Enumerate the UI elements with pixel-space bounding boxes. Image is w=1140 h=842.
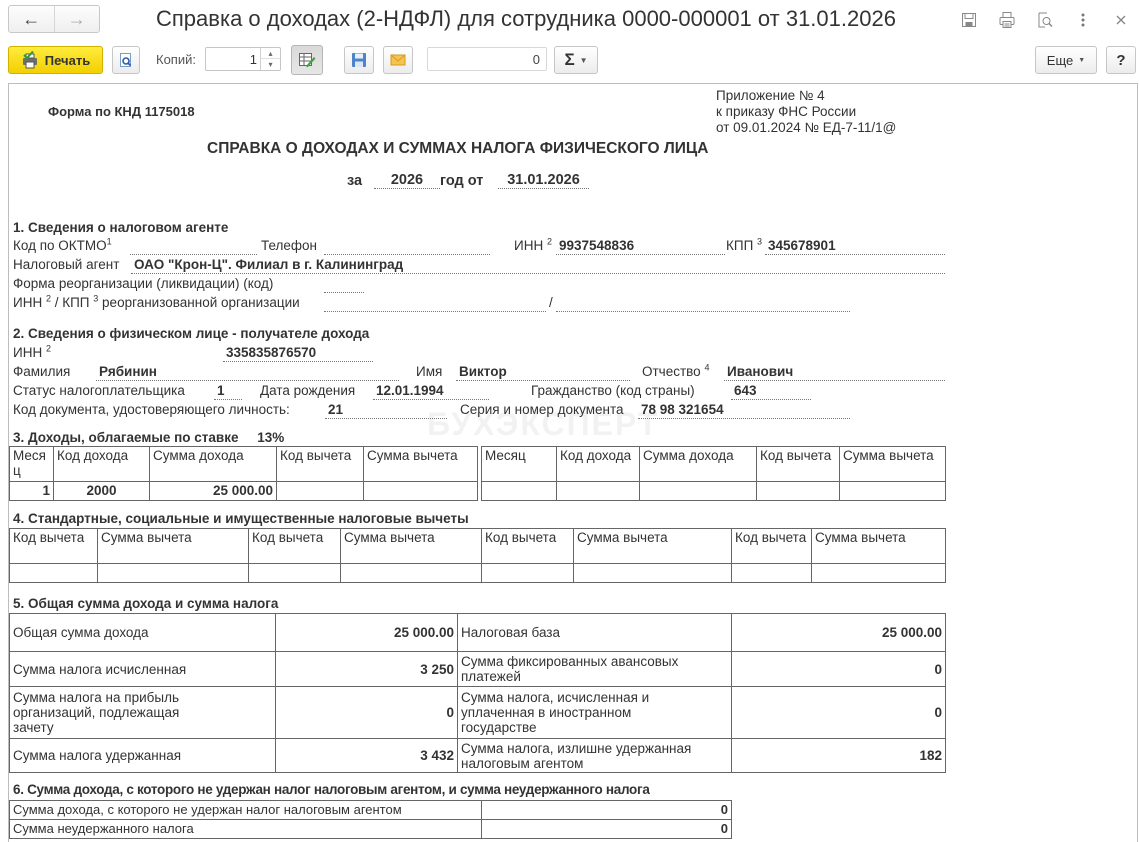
send-email-button[interactable] <box>383 46 413 74</box>
header-deduction-code: Код вычета <box>757 447 840 482</box>
person-inn-label: ИНН 2 <box>13 345 51 360</box>
envelope-icon <box>390 53 406 67</box>
cell-income-code[interactable] <box>557 482 640 501</box>
preview-window-button[interactable] <box>1026 8 1064 32</box>
document-magnifier-icon <box>118 52 134 68</box>
sum-field[interactable] <box>427 47 547 71</box>
copies-label: Копий: <box>156 52 196 67</box>
total-income-value[interactable]: 25 000.00 <box>276 614 458 652</box>
print-window-button[interactable] <box>988 8 1026 32</box>
income-table-right: Месяц Код дохода Сумма дохода Код вычета… <box>481 446 946 501</box>
chevron-down-icon: ▼ <box>580 56 588 65</box>
header-deduction-code: Код вычета <box>482 529 574 564</box>
appendix-line-2: к приказу ФНС России <box>716 104 856 119</box>
table-row: 1 2000 25 000.00 <box>10 482 478 501</box>
back-button[interactable]: ← <box>9 6 55 32</box>
section3-title: 3. Доходы, облагаемые по ставке 13% <box>13 430 284 445</box>
spin-up-icon[interactable]: ▴ <box>261 48 280 59</box>
reorg-separator: / <box>549 295 553 310</box>
chevron-down-icon: ▼ <box>1078 57 1085 64</box>
patronymic-field[interactable]: Иванович <box>724 364 945 381</box>
status-label: Статус налогоплательщика <box>13 383 185 398</box>
surname-field[interactable]: Рябинин <box>96 364 399 381</box>
header-income-code: Код дохода <box>557 447 640 482</box>
cell-deduction-amount[interactable] <box>574 564 732 583</box>
cell-income-amount[interactable] <box>640 482 757 501</box>
income-table-left: Меся ц Код дохода Сумма дохода Код вычет… <box>9 446 478 501</box>
totals-table: Общая сумма дохода 25 000.00 Налоговая б… <box>9 613 946 773</box>
id-doc-code-label: Код документа, удостоверяющего личность: <box>13 402 290 417</box>
vertical-dots-icon <box>1080 12 1086 28</box>
fixed-advance-label: Сумма фиксированных авансовых платежей <box>458 652 732 687</box>
birth-date-field[interactable]: 12.01.1994 <box>373 383 489 400</box>
table-row: Сумма налога на прибыль организаций, под… <box>10 687 946 739</box>
person-inn-field[interactable]: 335835876570 <box>223 345 373 362</box>
header-deduction-amount: Сумма вычета <box>574 529 732 564</box>
profit-tax-credit-value[interactable]: 0 <box>276 687 458 739</box>
header-deduction-code: Код вычета <box>249 529 341 564</box>
section6-title: 6. Сумма дохода, с которого не удержан н… <box>13 782 650 797</box>
reorg-inn-field[interactable] <box>324 295 546 312</box>
agent-inn-field[interactable]: 9937548836 <box>556 238 725 255</box>
patronymic-label: Отчество 4 <box>642 364 709 379</box>
table-row <box>482 482 946 501</box>
header-deduction-amount: Сумма вычета <box>812 529 946 564</box>
header-deduction-amount: Сумма вычета <box>341 529 482 564</box>
table-row: Сумма дохода, с которого не удержан нало… <box>10 801 732 820</box>
table-row: Сумма неудержанного налога 0 <box>10 820 732 839</box>
tax-overwithheld-label: Сумма налога, излишне удержанная налогов… <box>458 739 732 773</box>
header-income-code: Код дохода <box>54 447 150 482</box>
reorg-kpp-field[interactable] <box>556 295 850 312</box>
section1-title: 1. Сведения о налоговом агенте <box>13 220 228 235</box>
print-preview-button[interactable] <box>112 46 140 74</box>
tax-calculated-label: Сумма налога исчисленная <box>10 652 276 687</box>
table-row: Сумма налога исчисленная 3 250 Сумма фик… <box>10 652 946 687</box>
tax-base-value[interactable]: 25 000.00 <box>732 614 946 652</box>
oktmo-label: Код по ОКТМО1 <box>13 238 112 253</box>
cell-deduction-code[interactable] <box>10 564 98 583</box>
more-actions-button[interactable] <box>1064 8 1102 32</box>
profit-tax-credit-label: Сумма налога на прибыль организаций, под… <box>10 687 276 739</box>
header-deduction-amount: Сумма вычета <box>840 447 946 482</box>
cell-deduction-code[interactable] <box>757 482 840 501</box>
phone-label: Телефон <box>261 238 317 253</box>
cell-deduction-amount[interactable] <box>98 564 249 583</box>
birth-date-label: Дата рождения <box>260 383 355 398</box>
unwithheld-income-value[interactable]: 0 <box>482 801 732 820</box>
print-label: Печать <box>45 53 90 68</box>
foreign-tax-value[interactable]: 0 <box>732 687 946 739</box>
cell-deduction-amount[interactable] <box>840 482 946 501</box>
spreadsheet-document[interactable]: БУХЭКСПЕРТ Форма по КНД 1175018 Приложен… <box>8 83 1138 842</box>
cell-deduction-code[interactable] <box>249 564 341 583</box>
agent-name-label: Налоговый агент <box>13 257 119 272</box>
header-month: Месяц <box>482 447 557 482</box>
header-deduction-amount: Сумма вычета <box>98 529 249 564</box>
header-deduction-code: Код вычета <box>277 447 364 482</box>
save-window-button[interactable] <box>950 8 988 32</box>
foreign-tax-label: Сумма налога, исчисленная и уплаченная в… <box>458 687 732 739</box>
cell-income-code[interactable]: 2000 <box>54 482 150 501</box>
forward-button[interactable]: → <box>55 6 100 32</box>
more-menu-button[interactable]: Еще ▼ <box>1035 46 1097 74</box>
form-knd-code: Форма по КНД 1175018 <box>48 104 195 119</box>
unwithheld-income-label: Сумма дохода, с которого не удержан нало… <box>10 801 482 820</box>
appendix-line-1: Приложение № 4 <box>716 88 825 103</box>
name-label: Имя <box>416 364 442 379</box>
report-year[interactable]: 2026 <box>374 172 440 189</box>
arrow-left-icon: ← <box>22 9 40 30</box>
header-income-amount: Сумма дохода <box>150 447 277 482</box>
cell-month[interactable]: 1 <box>10 482 54 501</box>
id-doc-code-field[interactable]: 21 <box>325 402 447 419</box>
help-button[interactable]: ? <box>1106 46 1136 74</box>
window-titlebar: ← → Справка о доходах (2-НДФЛ) для сотру… <box>0 0 1140 40</box>
cell-deduction-code[interactable] <box>277 482 364 501</box>
unwithheld-table: Сумма дохода, с которого не удержан нало… <box>9 800 732 839</box>
cell-deduction-amount[interactable] <box>364 482 478 501</box>
table-pencil-icon <box>298 51 316 69</box>
status-field[interactable]: 1 <box>214 383 242 400</box>
agent-kpp-field[interactable]: 345678901 <box>765 238 945 255</box>
agent-kpp-label: КПП 3 <box>726 238 762 253</box>
form-title: СПРАВКА О ДОХОДАХ И СУММАХ НАЛОГА ФИЗИЧЕ… <box>207 140 708 158</box>
section2-title: 2. Сведения о физическом лице - получате… <box>13 326 369 341</box>
header-deduction-code: Код вычета <box>732 529 812 564</box>
citizenship-label: Гражданство (код страны) <box>531 383 695 398</box>
unwithheld-tax-value[interactable]: 0 <box>482 820 732 839</box>
arrow-right-icon: → <box>68 9 86 30</box>
report-date[interactable]: 31.01.2026 <box>498 172 589 189</box>
fixed-advance-value[interactable]: 0 <box>732 652 946 687</box>
header-month: Меся ц <box>10 447 54 482</box>
window-title: Справка о доходах (2-НДФЛ) для сотрудник… <box>156 6 896 32</box>
for-label: за <box>347 173 362 189</box>
sum-mode-dropdown[interactable]: Σ ▼ <box>554 46 598 74</box>
header-deduction-amount: Сумма вычета <box>364 447 478 482</box>
header-income-amount: Сумма дохода <box>640 447 757 482</box>
table-row: Сумма налога удержанная 3 432 Сумма нало… <box>10 739 946 773</box>
agent-name-field[interactable]: ОАО "Крон-Ц". Филиал в г. Калининград <box>131 257 945 274</box>
unwithheld-tax-label: Сумма неудержанного налога <box>10 820 482 839</box>
cell-deduction-code[interactable] <box>482 564 574 583</box>
question-icon: ? <box>1116 52 1125 69</box>
tax-base-label: Налоговая база <box>458 614 732 652</box>
id-doc-number-field[interactable]: 78 98 321654 <box>638 402 850 419</box>
reorg-form-field[interactable] <box>324 276 364 293</box>
section5-title: 5. Общая сумма дохода и сумма налога <box>13 596 278 611</box>
floppy-disk-icon <box>961 12 977 28</box>
preview-magnifier-icon <box>1036 11 1054 29</box>
copies-spin[interactable]: ▴ ▾ <box>260 48 280 70</box>
save-button[interactable] <box>344 46 374 74</box>
more-label: Еще <box>1047 53 1073 68</box>
reorg-form-label: Форма реорганизации (ликвидации) (код) <box>13 276 273 291</box>
printer-icon <box>998 11 1016 29</box>
close-window-button[interactable] <box>1102 8 1140 32</box>
id-doc-number-label: Серия и номер документа <box>460 402 624 417</box>
sum-input[interactable] <box>428 48 546 70</box>
cell-income-amount[interactable]: 25 000.00 <box>150 482 277 501</box>
navigation-group: ← → <box>8 5 100 33</box>
cell-deduction-amount[interactable] <box>341 564 482 583</box>
tax-withheld-label: Сумма налога удержанная <box>10 739 276 773</box>
surname-label: Фамилия <box>13 364 70 379</box>
edit-mode-toggle[interactable] <box>291 45 323 75</box>
command-toolbar: Печать Копий: ▴ ▾ Σ ▼ Еще ▼ ? <box>0 44 1140 76</box>
agent-inn-label: ИНН 2 <box>514 238 552 253</box>
appendix-line-3: от 09.01.2024 № ЕД-7-11/1@ <box>716 120 896 135</box>
print-button[interactable]: Печать <box>8 46 103 74</box>
total-income-label: Общая сумма дохода <box>10 614 276 652</box>
table-row <box>10 564 946 583</box>
citizenship-field[interactable]: 643 <box>731 383 811 400</box>
spin-down-icon[interactable]: ▾ <box>261 59 280 70</box>
header-deduction-code: Код вычета <box>10 529 98 564</box>
printer-check-icon <box>21 51 39 69</box>
copies-stepper[interactable]: ▴ ▾ <box>205 47 281 71</box>
year-from-label: год от <box>440 173 483 189</box>
table-row: Общая сумма дохода 25 000.00 Налоговая б… <box>10 614 946 652</box>
tax-calculated-value[interactable]: 3 250 <box>276 652 458 687</box>
section4-title: 4. Стандартные, социальные и имущественн… <box>13 511 469 526</box>
deductions-table: Код вычета Сумма вычета Код вычета Сумма… <box>9 528 946 583</box>
copies-input[interactable] <box>206 48 261 70</box>
tax-overwithheld-value[interactable]: 182 <box>732 739 946 773</box>
cell-month[interactable] <box>482 482 557 501</box>
reorg-inn-kpp-label: ИНН 2 / КПП 3 реорганизованной организац… <box>13 295 300 310</box>
sigma-icon: Σ <box>564 50 574 70</box>
cell-deduction-code[interactable] <box>732 564 812 583</box>
tax-withheld-value[interactable]: 3 432 <box>276 739 458 773</box>
cell-deduction-amount[interactable] <box>812 564 946 583</box>
oktmo-field[interactable] <box>130 238 257 255</box>
floppy-disk-icon <box>351 52 367 68</box>
name-field[interactable]: Виктор <box>456 364 630 381</box>
phone-field[interactable] <box>324 238 490 255</box>
close-icon <box>1115 14 1127 26</box>
